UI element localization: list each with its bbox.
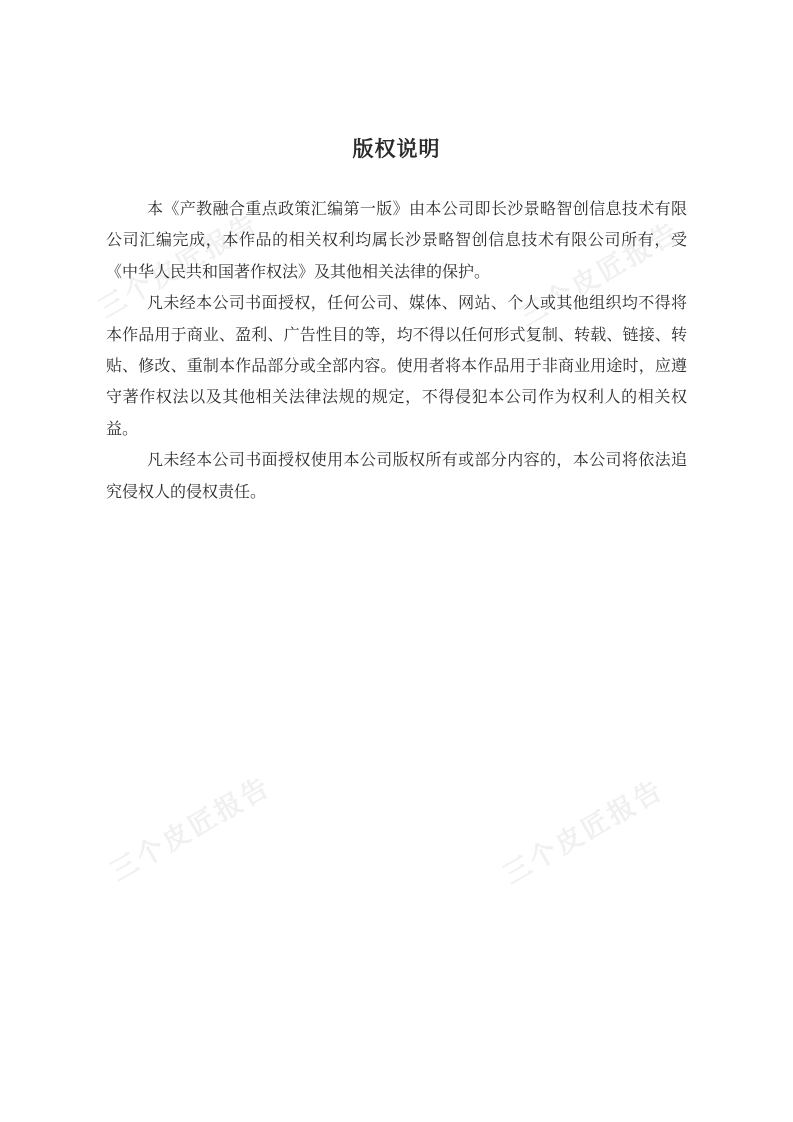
copyright-body: 本《产教融合重点政策汇编第一版》由本公司即长沙景略智创信息技术有限公司汇编完成，…: [106, 194, 687, 508]
document-page: 三个皮匠报告 三个皮匠报告 三个皮匠报告 三个皮匠报告 版权说明 本《产教融合重…: [0, 0, 793, 1122]
copyright-paragraph-1: 本《产教融合重点政策汇编第一版》由本公司即长沙景略智创信息技术有限公司汇编完成，…: [106, 194, 687, 288]
page-title: 版权说明: [0, 138, 793, 162]
copyright-paragraph-3: 凡未经本公司书面授权使用本公司版权所有或部分内容的，本公司将依法追究侵权人的侵权…: [106, 445, 687, 508]
page-content: 版权说明 本《产教融合重点政策汇编第一版》由本公司即长沙景略智创信息技术有限公司…: [0, 0, 793, 1122]
copyright-paragraph-2: 凡未经本公司书面授权，任何公司、媒体、网站、个人或其他组织均不得将本作品用于商业…: [106, 288, 687, 445]
